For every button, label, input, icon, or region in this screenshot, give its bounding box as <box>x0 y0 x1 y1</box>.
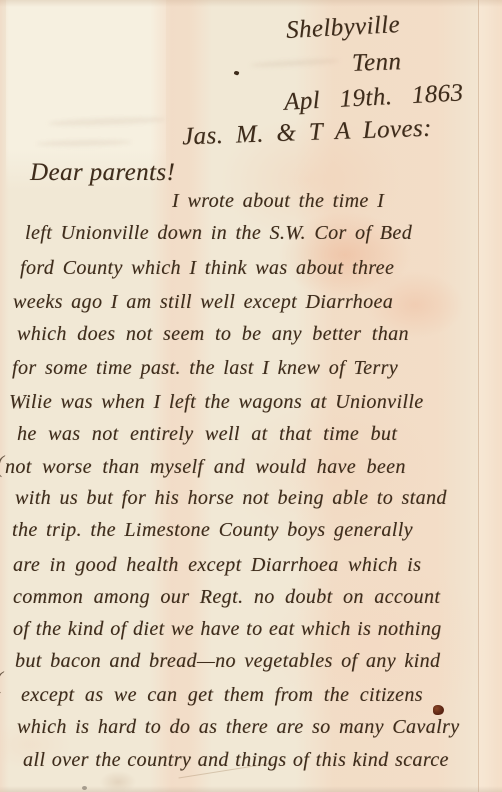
letter-body-line: of the kind of diet we have to eat which… <box>13 618 442 641</box>
margin-mark: ( <box>0 668 3 695</box>
letter-body-line: ford County which I think was about thre… <box>20 257 394 280</box>
letter-body-line: not worse than myself and would have bee… <box>5 456 406 479</box>
paper-speck <box>82 786 87 790</box>
letter-body-line: which does not seem to be any better tha… <box>17 323 409 346</box>
letter-body-line: the trip. the Limestone County boys gene… <box>12 519 413 542</box>
letter-body-line: all over the country and things of this … <box>23 749 449 772</box>
letter-body-line: left Unionville down in the S.W. Cor of … <box>25 222 412 245</box>
letter-body-line: with us but for his horse not being able… <box>15 487 447 510</box>
letter-body-line: Wilie was when I left the wagons at Unio… <box>9 391 424 414</box>
letter-body-line: common among our Regt. no doubt on accou… <box>13 586 440 609</box>
margin-mark: ( <box>0 452 4 479</box>
letter-photo: ( ( Shelbyville Tenn Apl 19th. 1863 Jas.… <box>0 0 502 792</box>
ink-blot <box>433 705 444 715</box>
letter-body-line: except as we can get them from the citiz… <box>21 684 423 707</box>
letter-salutation: Dear parents! <box>30 159 175 187</box>
letter-body-line: I wrote about the time I <box>172 190 384 213</box>
letter-body-line: he was not entirely well at that time bu… <box>17 423 397 446</box>
letter-body-line: which is hard to do as there are so many… <box>17 716 460 739</box>
letter-body-line: but bacon and bread—no vegetables of any… <box>15 650 440 673</box>
letter-body-line: weeks ago I am still well except Diarrho… <box>13 291 393 314</box>
letter-state: Tenn <box>352 48 402 78</box>
letter-body-line: are in good health except Diarrhoea whic… <box>13 554 421 577</box>
letter-place: Shelbyville <box>285 11 400 45</box>
letter-body-line: for some time past. the last I knew of T… <box>12 357 398 380</box>
